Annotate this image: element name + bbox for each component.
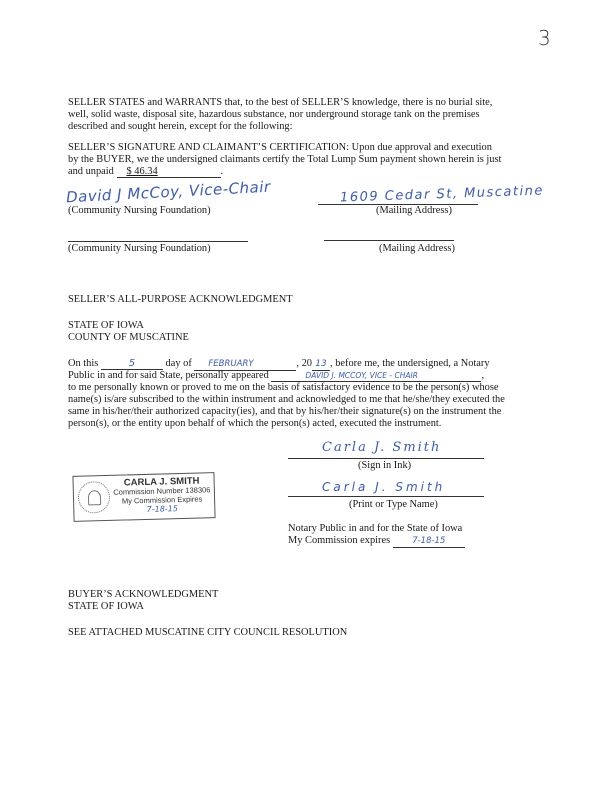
notary-signature-rule[interactable]	[288, 458, 484, 459]
city-council-resolution: SEE ATTACHED MUSCATINE CITY COUNCIL RESO…	[68, 627, 347, 639]
print-name-label: (Print or Type Name)	[349, 499, 438, 511]
page-number: 3	[538, 26, 551, 50]
expires-label: My Commission expires	[288, 535, 390, 546]
notarial-seal-icon	[78, 481, 111, 514]
public-line-text: Public in and for said State, personally…	[68, 370, 269, 381]
buyer-acknowledgment-title: BUYER’S ACKNOWLEDGMENT	[68, 589, 218, 601]
seller-signature-handwritten: David J McCoy, Vice-Chair	[66, 178, 271, 207]
year-prefix: , 20	[296, 358, 312, 369]
notary-signature-handwritten: Carla J. Smith	[322, 440, 441, 455]
appeared-line: Public in and for said State, personally…	[68, 370, 484, 382]
certification-line: by the BUYER, we the undersigned claiman…	[68, 154, 501, 166]
on-this-text: On this	[68, 358, 98, 369]
seller2-address-rule[interactable]	[324, 240, 454, 241]
warranty-line: SELLER STATES and WARRANTS that, to the …	[68, 97, 492, 109]
ack-body-line: same in his/her/their authorized capacit…	[68, 406, 501, 418]
notary-public-line: Notary Public in and for the State of Io…	[288, 523, 462, 535]
seller-ack-state: STATE OF IOWA	[68, 320, 144, 332]
appeared-field[interactable]: DAVID J. MCCOY, VICE - CHAIR	[271, 370, 481, 382]
notary-printed-name-handwritten: Carla J. Smith	[322, 480, 445, 494]
certification-line: SELLER’S SIGNATURE AND CLAIMANT’S CERTIF…	[68, 142, 492, 154]
amount-line: and unpaid $ 46.34.	[68, 166, 223, 178]
seller-ack-county: COUNTY OF MUSCATINE	[68, 332, 189, 344]
seller2-label: (Community Nursing Foundation)	[68, 243, 211, 255]
day-of-text: day of	[166, 358, 192, 369]
seller-acknowledgment-title: SELLER’S ALL-PURPOSE ACKNOWLEDGMENT	[68, 294, 293, 306]
notary-stamp: CARLA J. SMITH Commission Number 138306 …	[72, 472, 215, 522]
seller2-address-label: (Mailing Address)	[379, 243, 455, 255]
notary-print-rule[interactable]	[288, 496, 484, 497]
amount-value: $ 46.34	[117, 166, 221, 178]
ack-body-line: to me personally known or proved to me o…	[68, 382, 499, 394]
sign-in-ink-label: (Sign in Ink)	[358, 460, 411, 472]
seller2-signature-rule[interactable]	[68, 241, 248, 242]
warranty-line: well, solid waste, disposal site, hazard…	[68, 109, 480, 121]
seller1-address-handwritten: 1609 Cedar St, Muscatine	[340, 183, 544, 205]
ack-body-line: name(s) is/are subscribed to the within …	[68, 394, 505, 406]
commission-expires-line: My Commission expires 7-18-15	[288, 535, 465, 548]
day-field[interactable]: 5	[101, 358, 163, 370]
seller1-label: (Community Nursing Foundation)	[68, 205, 211, 217]
expires-field[interactable]: 7-18-15	[393, 536, 465, 548]
buyer-ack-state: STATE OF IOWA	[68, 601, 144, 613]
amount-prefix: and unpaid	[68, 166, 114, 177]
seller1-address-label: (Mailing Address)	[376, 205, 452, 217]
ack-body-line: person(s), or the entity upon behalf of …	[68, 418, 441, 430]
after-year-text: , before me, the undersigned, a Notary	[330, 358, 490, 369]
warranty-line: described and sought herein, except for …	[68, 121, 292, 133]
amount-suffix: .	[221, 166, 224, 177]
